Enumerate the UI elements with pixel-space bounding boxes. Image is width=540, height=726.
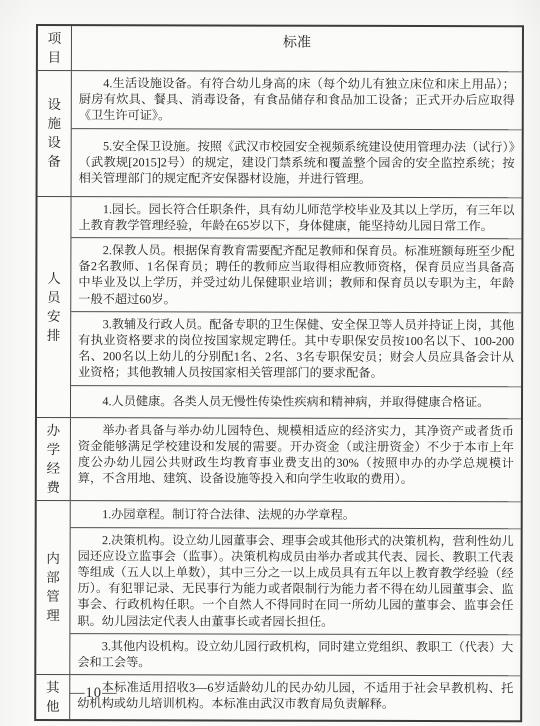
governance-charter-text: 1.办园章程。制订符合法律、法规的办学章程。 bbox=[71, 502, 521, 527]
section-label-other: 其他 bbox=[36, 675, 70, 719]
row-staff-teachers: 2.保教人员。根据保育教育需要配齐配足教师和保育员。标准班额每班至少配备2名教师… bbox=[71, 237, 521, 312]
header-item-cell: 项目 bbox=[38, 26, 72, 70]
regulations-table: 项目 标准 设施设备 4.生活设施设备。有符合幼儿身高的床（每个幼儿有独立床位和… bbox=[34, 24, 524, 723]
header-standard-label: 标准 bbox=[72, 29, 522, 58]
staff-principal-text: 1.园长。园长符合任职条件，具有幼儿师范学校毕业及其以上学历，有三年以上教育教学… bbox=[71, 197, 521, 239]
section-facilities: 设施设备 4.生活设施设备。有符合幼儿身高的床（每个幼儿有独立床位和床上用品）；… bbox=[38, 70, 522, 197]
row-governance-charter: 1.办园章程。制订符合法律、法规的办学章程。 bbox=[71, 501, 521, 528]
header-standard-cell: 标准 bbox=[72, 26, 522, 61]
staff-support-text: 3.教辅及行政人员。配备专职的卫生保健、安全保卫等人员并持证上岗，其他有执业资格… bbox=[71, 312, 521, 386]
funding-capital-text: 举办者具备与举办幼儿园特色、规模相适应的经济实力，其净资产或者货币资金能够满足学… bbox=[71, 418, 521, 492]
row-staff-support: 3.教辅及行政人员。配备专职的卫生保健、安全保卫等人员并持证上岗，其他有执业资格… bbox=[71, 311, 521, 386]
table-header-row: 项目 标准 bbox=[38, 26, 522, 71]
page-number: —10— bbox=[70, 685, 118, 702]
governance-other-bodies-text: 3.其他内设机构。设立幼儿园行政机构，同时建立党组织、教职工（代表）大会和工会等… bbox=[70, 634, 520, 676]
section-label-funding: 办学经费 bbox=[37, 418, 71, 500]
facilities-security-text: 5.安全保卫设施。按照《武汉市校园安全视频系统建设使用管理办法（试行）》（武教规… bbox=[72, 134, 522, 192]
row-governance-decision-body: 2.决策机构。设立幼儿园董事会、理事会或其他形式的决策机构，营利性幼儿园还应设立… bbox=[70, 527, 520, 634]
governance-decision-body-text: 2.决策机构。设立幼儿园董事会、理事会或其他形式的决策机构，营利性幼儿园还应设立… bbox=[70, 528, 520, 634]
section-funding: 办学经费 举办者具备与举办幼儿园特色、规模相适应的经济实力，其净资产或者货币资金… bbox=[37, 417, 521, 501]
row-funding-capital: 举办者具备与举办幼儿园特色、规模相适应的经济实力，其净资产或者货币资金能够满足学… bbox=[71, 418, 521, 492]
section-label-facilities: 设施设备 bbox=[38, 71, 72, 196]
staff-teachers-text: 2.保教人员。根据保育教育需要配齐配足教师和保育员。标准班额每班至少配备2名教师… bbox=[71, 238, 521, 312]
other-scope-text: 本标准适用招收3—6岁适龄幼儿的民办幼儿园，不适用于社会早教机构、托幼机构或幼儿… bbox=[70, 675, 520, 717]
row-facilities-security: 5.安全保卫设施。按照《武汉市校园安全视频系统建设使用管理办法（试行）》（武教规… bbox=[72, 128, 522, 197]
row-facilities-living: 4.生活设施设备。有符合幼儿身高的床（每个幼儿有独立床位和床上用品）；厨房有炊具… bbox=[72, 71, 522, 129]
facilities-living-text: 4.生活设施设备。有符合幼儿身高的床（每个幼儿有独立床位和床上用品）；厨房有炊具… bbox=[72, 71, 522, 129]
section-label-governance: 内部管理 bbox=[36, 501, 70, 675]
section-governance: 内部管理 1.办园章程。制订符合法律、法规的办学章程。 2.决策机构。设立幼儿园… bbox=[36, 500, 520, 676]
section-staffing: 人员安排 1.园长。园长符合任职条件，具有幼儿师范学校毕业及其以上学历，有三年以… bbox=[37, 196, 522, 418]
row-governance-other-bodies: 3.其他内设机构。设立幼儿园行政机构，同时建立党组织、教职工（代表）大会和工会等… bbox=[70, 633, 520, 676]
row-staff-health: 4.人员健康。各类人员无慢性传染性疾病和精神病，并取得健康合格证。 bbox=[71, 385, 521, 418]
row-other-scope: 本标准适用招收3—6岁适龄幼儿的民办幼儿园，不适用于社会早教机构、托幼机构或幼儿… bbox=[70, 675, 520, 717]
row-staff-principal: 1.园长。园长符合任职条件，具有幼儿师范学校毕业及其以上学历，有三年以上教育教学… bbox=[71, 197, 521, 239]
section-label-staffing: 人员安排 bbox=[37, 197, 72, 417]
staff-health-text: 4.人员健康。各类人员无慢性传染性疾病和精神病，并取得健康合格证。 bbox=[71, 389, 521, 414]
header-item-label: 项目 bbox=[48, 29, 62, 67]
scanned-document-page: 项目 标准 设施设备 4.生活设施设备。有符合幼儿身高的床（每个幼儿有独立床位和… bbox=[0, 0, 540, 726]
